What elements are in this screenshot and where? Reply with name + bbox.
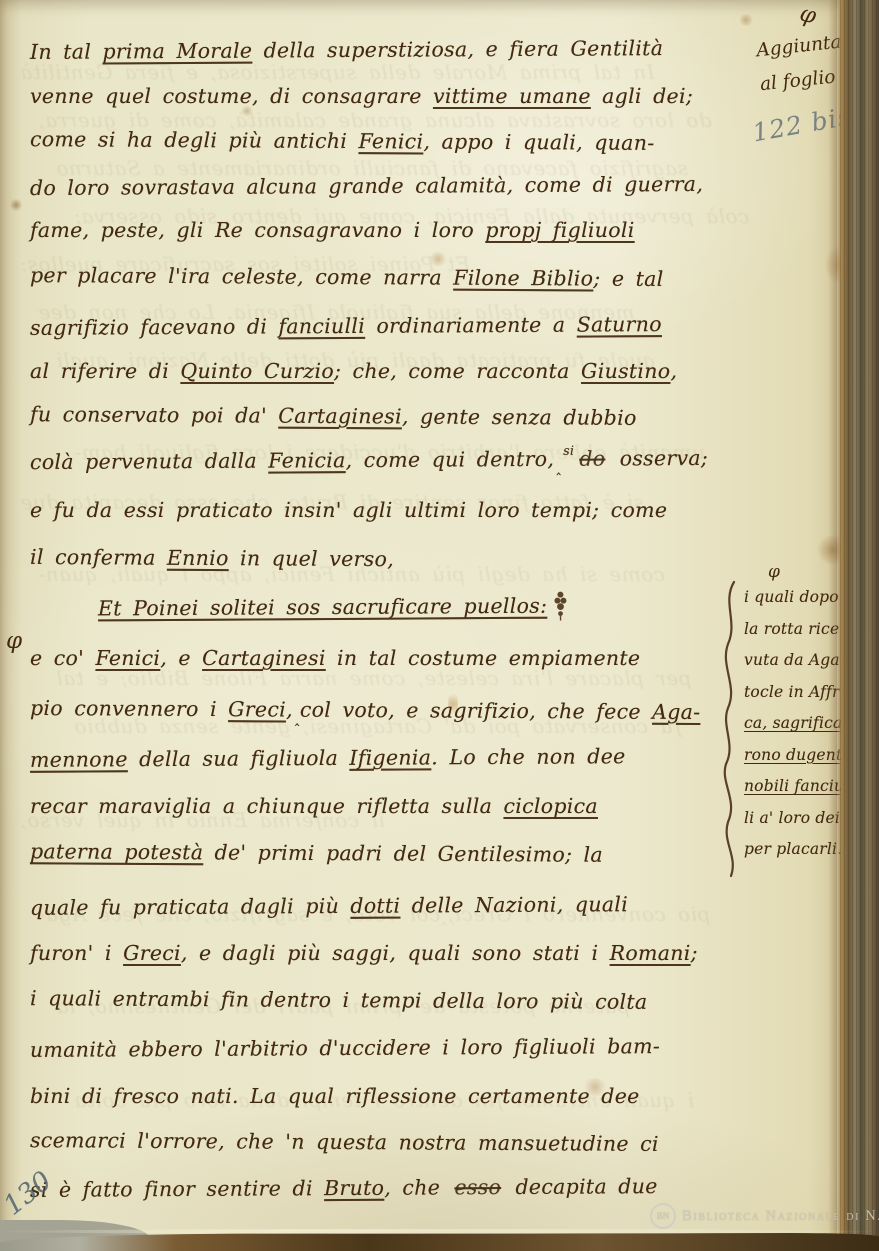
underlined-word: Aga- (652, 700, 700, 724)
underlined-word: prima Morale (102, 39, 252, 64)
handwritten-text: de' primi padri del Gentilesimo; la (203, 840, 603, 866)
handwritten-text: si è fatto finor sentire di (30, 1176, 324, 1202)
manuscript-line: paterna potestà de' primi padri del Gent… (30, 839, 603, 866)
underlined-word: paterna potestà (30, 839, 203, 864)
manuscript-line: Et Poinei solitei sos sacruficare puello… (98, 591, 568, 629)
manuscript-line: scemarci l'orrore, che 'n questa nostra … (30, 1128, 659, 1156)
underlined-word: dotti (350, 894, 400, 918)
stamp-text: Biblioteca Nazionale di Napoli (682, 1208, 879, 1225)
manuscript-line: al riferire di Quinto Curzio; che, come … (30, 359, 677, 383)
handwritten-text: ; e tal (593, 267, 663, 291)
handwritten-text: della superstiziosa, e fiera Gentilità (252, 36, 663, 63)
handwritten-text: , e dagli più saggi, quali sono stati i (181, 941, 610, 965)
manuscript-line: recar maraviglia a chiunque rifletta sul… (30, 794, 598, 818)
underlined-word: Saturno (577, 312, 662, 337)
underlined-word: Greci (123, 941, 181, 965)
handwritten-text: , appo i quali, quan- (423, 129, 654, 154)
caret-mark: ‸ (556, 460, 561, 476)
handwritten-text: , come qui dentro, (346, 447, 555, 472)
underlined-word: Fenici (358, 129, 423, 153)
handwritten-text: in quel verso, (229, 546, 394, 571)
handwritten-text: pio convennero i (30, 696, 228, 721)
handwritten-text: per placare l'ira celeste, come narra (30, 263, 453, 290)
manuscript-line: do loro sovrastava alcuna grande calamit… (30, 172, 703, 200)
handwritten-text: , e (160, 646, 202, 670)
manuscript-line: e fu da essi praticato insin' agli ultim… (30, 498, 667, 522)
manuscript-line: bini di fresco nati. La qual riflessione… (30, 1084, 640, 1108)
underlined-word: propj figliuoli (485, 218, 634, 242)
tie-mark-icon: φ (6, 628, 22, 654)
handwritten-text: ; (691, 941, 698, 965)
handwritten-text: do loro sovrastava alcuna grande calamit… (30, 172, 703, 200)
manuscript-line: mennone della sua figliuola Ifigenia. Lo… (30, 744, 626, 772)
underlined-word: fanciulli (278, 314, 365, 339)
handwritten-text: scemarci l'orrore, che 'n questa nostra … (30, 1128, 659, 1156)
manuscript-line: come si ha degli più antichi Fenici, app… (30, 127, 655, 155)
handwritten-text: e co' (30, 646, 95, 670)
handwritten-text: e fu da essi praticato insin' agli ultim… (30, 498, 667, 522)
handwritten-text: , gente senza dubbio (402, 404, 637, 429)
underlined-word: Quinto Curzio (180, 359, 334, 383)
underlined-word: Cartaginesi (202, 646, 326, 670)
library-stamp: BN Biblioteca Nazionale di Napoli (650, 1203, 879, 1229)
handwritten-text: delle Nazioni, quali (400, 892, 628, 917)
handwritten-text: ordinariamente a (365, 313, 577, 338)
underlined-word: Cartaginesi (278, 404, 402, 429)
underlined-word: Romani (610, 941, 691, 965)
handwritten-text: al riferire di (30, 359, 180, 383)
page-bottom-edge (0, 1233, 879, 1251)
underlined-word: vittime umane (433, 84, 591, 108)
manuscript-line: venne quel costume, di consagrare vittim… (30, 84, 693, 108)
manuscript-line: furon' i Greci, e dagli più saggi, quali… (30, 941, 698, 965)
book-gutter-edge (836, 0, 879, 1251)
underlined-word: ciclopica (503, 794, 598, 818)
handwritten-text: i quali entrambi fin dentro i tempi dell… (30, 986, 648, 1014)
handwritten-text: bini di fresco nati. La qual riflessione… (30, 1084, 640, 1108)
handwritten-text: , (670, 359, 677, 383)
manuscript-line: e co' Fenici, e Cartaginesi in tal costu… (30, 646, 640, 670)
underlined-word: Et Poinei solitei sos sacruficare puello… (98, 594, 547, 621)
underlined-word: Fenici (95, 646, 160, 670)
manuscript-line: colà pervenuta dalla Fenicia, come qui d… (30, 446, 708, 479)
handwritten-text: il conferma (30, 545, 167, 570)
handwritten-text: In tal (30, 39, 103, 63)
underlined-word: Ennio (167, 546, 229, 570)
manuscript-line: quale fu praticata dagli più dotti delle… (30, 892, 628, 920)
handwritten-text: ; che, come racconta (334, 359, 581, 383)
manuscript-line: per placare l'ira celeste, come narra Fi… (30, 263, 664, 291)
manuscript-line: i quali entrambi fin dentro i tempi dell… (30, 986, 648, 1014)
margin-note-brace (716, 578, 744, 880)
handwritten-text: fame, peste, gli Re consagravano i loro (30, 218, 485, 242)
manuscript-line: fame, peste, gli Re consagravano i loro … (30, 218, 635, 242)
handwritten-text: recar maraviglia a chiunque rifletta sul… (30, 794, 503, 818)
handwritten-text: osserva; (608, 446, 708, 471)
handwritten-text: umanità ebbero l'arbitrio d'uccidere i l… (30, 1034, 660, 1062)
bleed-through-line: In tal prima Morale della superstiziosa,… (20, 60, 655, 84)
underlined-word: Ifigenia (349, 745, 431, 769)
underlined-word: mennone (30, 747, 128, 772)
handwritten-text: fu conservato poi da' (30, 402, 278, 428)
handwritten-text: col voto, e sagrifizio, che fece (300, 698, 652, 724)
handwritten-text: quale fu praticata dagli più (30, 894, 351, 920)
handwritten-text: della sua figliuola (128, 746, 350, 771)
manuscript-line: si è fatto finor sentire di Bruto, che e… (30, 1174, 658, 1202)
manuscript-page: In tal prima Morale della superstiziosa,… (0, 0, 879, 1251)
handwritten-text: colà pervenuta dalla (30, 449, 268, 474)
manuscript-line: In tal prima Morale della superstiziosa,… (30, 36, 663, 64)
underlined-word: Fenicia (268, 448, 346, 472)
underlined-word: Bruto (324, 1176, 384, 1200)
tie-mark-icon: φ (768, 562, 780, 582)
handwritten-text: . Lo che non dee (431, 744, 625, 769)
manuscript-line: pio convennero i Greci,‸col voto, e sagr… (30, 696, 701, 729)
manuscript-line: fu conservato poi da' Cartaginesi, gente… (30, 402, 637, 430)
manuscript-line: umanità ebbero l'arbitrio d'uccidere i l… (30, 1034, 660, 1062)
handwritten-text: agli dei; (591, 84, 693, 108)
scribal-flourish-icon (553, 591, 568, 626)
underlined-word: Filone Biblio (453, 266, 593, 291)
handwritten-text: decapita due (504, 1174, 658, 1199)
stamp-logo-icon: BN (650, 1203, 676, 1229)
struck-word: esso (454, 1175, 501, 1199)
underlined-word: Greci (228, 697, 286, 721)
handwritten-text: venne quel costume, di consagrare (30, 84, 433, 108)
underlined-word: Giustino (581, 359, 670, 383)
handwritten-text: come si ha degli più antichi (30, 127, 359, 153)
handwritten-text: in tal costume empiamente (326, 646, 641, 670)
manuscript-line: sagrifizio facevano di fanciulli ordinar… (30, 312, 662, 340)
handwritten-text: , (286, 698, 293, 722)
handwritten-text: furon' i (30, 941, 123, 965)
interlinear-insertion: si (563, 443, 574, 458)
struck-word: do (579, 447, 605, 471)
handwritten-text: , che (384, 1175, 451, 1199)
manuscript-line: il conferma Ennio in quel verso, (30, 545, 394, 571)
handwritten-text: sagrifizio facevano di (30, 314, 279, 340)
